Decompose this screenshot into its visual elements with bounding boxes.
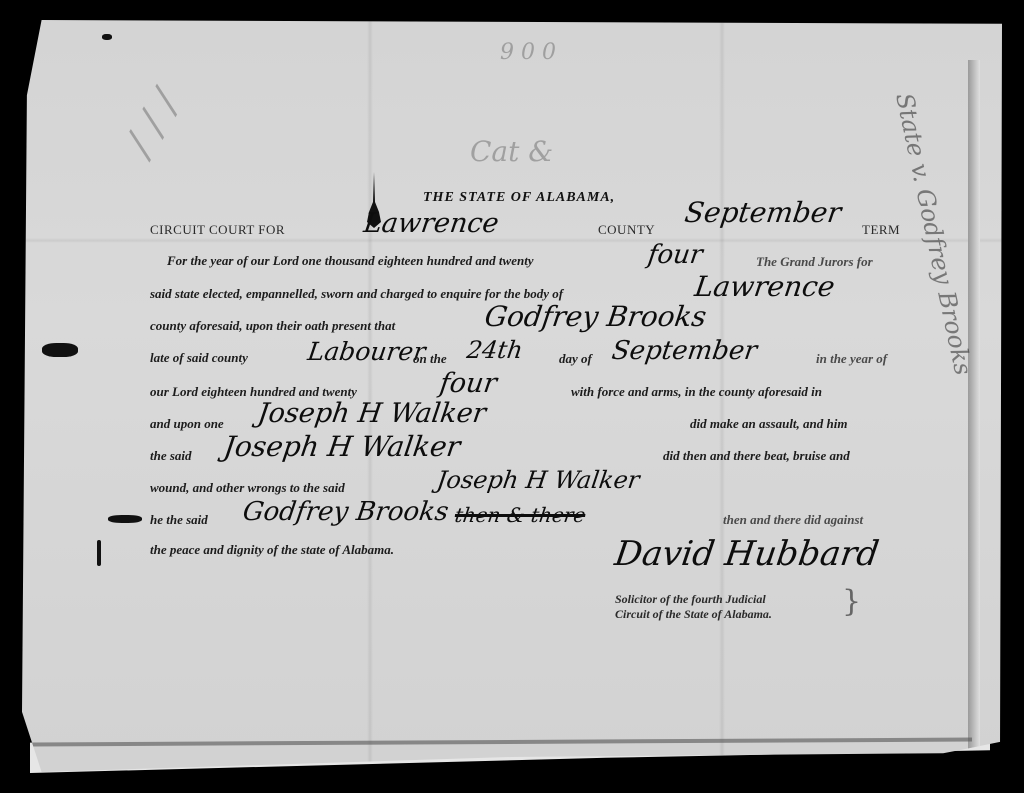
- printed-text: the peace and dignity of the state of Al…: [150, 542, 394, 558]
- printed-text: on the: [413, 351, 447, 367]
- printed-text: day of: [559, 351, 592, 367]
- handwritten-month: September: [610, 336, 759, 366]
- printed-text: For the year of our Lord one thousand ei…: [167, 253, 534, 269]
- handwritten-defendant-name: Godfrey Brooks: [483, 300, 709, 333]
- term-label: TERM: [862, 222, 900, 238]
- handwritten-victim-name: Joseph H Walker: [256, 398, 488, 429]
- court-prefix: CIRCUIT COURT FOR: [150, 222, 285, 238]
- printed-text: did then and there beat, bruise and: [663, 448, 850, 464]
- printed-text: did make an assault, and him: [690, 416, 847, 432]
- ink-mark: [97, 540, 101, 566]
- ink-blot: [42, 343, 78, 357]
- handwritten-year: four: [438, 368, 499, 399]
- struck-handwritten-text: then & there: [453, 503, 587, 527]
- printed-text: county aforesaid, upon their oath presen…: [150, 318, 395, 334]
- solicitor-title-line-2: Circuit of the State of Alabama.: [615, 607, 772, 621]
- solicitor-title-line-1: Solicitor of the fourth Judicial: [615, 592, 766, 606]
- printed-text: he the said: [150, 512, 208, 528]
- printed-text: The Grand Jurors for: [756, 254, 873, 270]
- handwritten-victim-name: Joseph H Walker: [435, 466, 641, 494]
- ink-blot: [102, 34, 112, 40]
- printed-text: wound, and other wrongs to the said: [150, 480, 345, 496]
- printed-text: the said: [150, 448, 192, 464]
- brace-mark: }: [842, 584, 861, 619]
- county-label: COUNTY: [598, 222, 655, 238]
- printed-text: in the year of: [816, 351, 887, 367]
- bleed-through-text: Cat &: [470, 135, 553, 168]
- ink-blot: [108, 515, 142, 523]
- handwritten-county: Lawrence: [362, 208, 501, 239]
- handwritten-county: Lawrence: [693, 270, 837, 303]
- bleed-through-text: 9 0 0: [500, 40, 556, 65]
- handwritten-day: 24th: [465, 336, 525, 364]
- handwritten-occupation: Labourer: [306, 337, 427, 366]
- fold-crease: [22, 238, 1002, 243]
- paper-edge: [32, 738, 972, 747]
- fold-crease: [367, 20, 373, 772]
- printed-text: and upon one: [150, 416, 224, 432]
- handwritten-defendant-name: Godfrey Brooks: [241, 497, 451, 527]
- solicitor-signature: David Hubbard: [612, 534, 881, 574]
- printed-text: late of said county: [150, 350, 248, 366]
- printed-text: with force and arms, in the county afore…: [571, 384, 822, 400]
- handwritten-year: four: [646, 240, 705, 270]
- document-title: THE STATE OF ALABAMA,: [423, 190, 615, 206]
- handwritten-term-month: September: [683, 196, 844, 229]
- printed-text: then and there did against: [723, 512, 863, 528]
- handwritten-victim-name: Joseph H Walker: [222, 430, 463, 463]
- paper-edge: [968, 60, 980, 750]
